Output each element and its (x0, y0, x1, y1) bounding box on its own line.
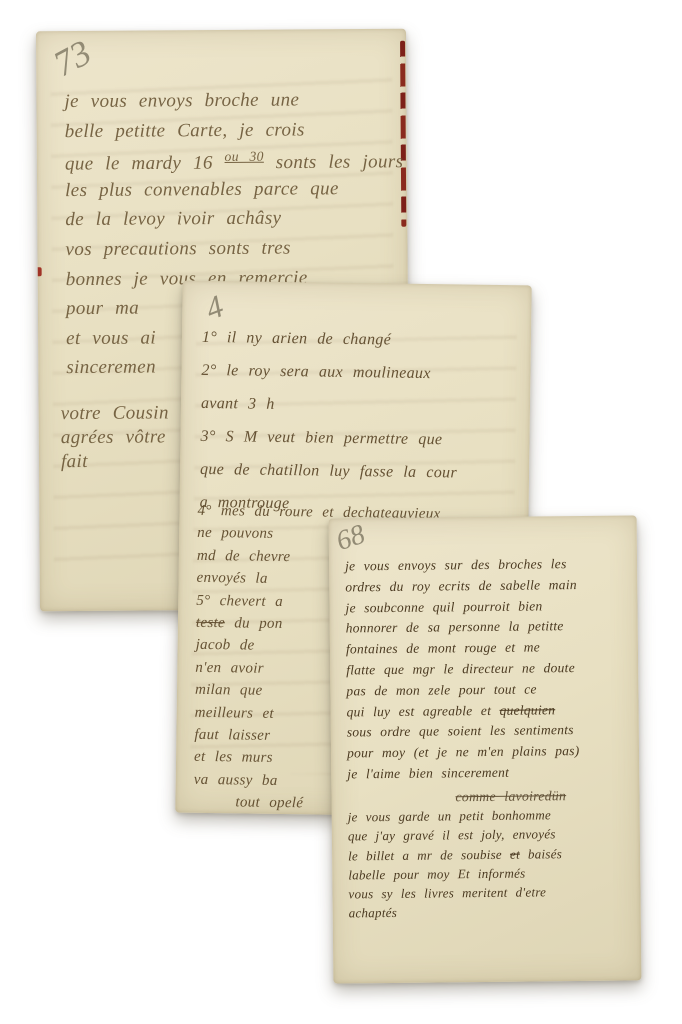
manuscript-word-span: je vous envoys sur des broches les (345, 556, 567, 573)
manuscript-word-span: fontaines de mont rouge et me (346, 640, 540, 657)
manuscript-postscript-block: comme lavoiredünje vous garde un petit b… (347, 788, 567, 925)
manuscript-line: pour moy (et je ne m'en plains pas) (347, 743, 580, 766)
manuscript-line: sous ordre que soient les sentiments (347, 722, 580, 745)
manuscript-word-span: je soubconne quil pourroit bien (345, 598, 542, 615)
manuscript-word-span: pour moy (et je ne m'en plains pas) (347, 743, 580, 760)
pencil-folio-number: 73 (46, 31, 98, 85)
pencil-folio-number: 4 (200, 287, 228, 327)
manuscript-line: que de chatillon luy fasse la cour (200, 461, 457, 498)
manuscript-line: labelle pour moy Et informés (348, 865, 567, 886)
manuscript-word-span: ne pouvons (197, 525, 273, 542)
manuscript-word-span: ordres du roy ecrits de sabelle main (345, 577, 577, 594)
manuscript-word-span: agrées vôtre (61, 426, 166, 448)
manuscript-word-span: 3° S M veut bien permettre que (200, 428, 442, 448)
manuscript-word-span: quelquien (499, 702, 555, 718)
manuscript-word-span: ou 30 (224, 149, 263, 164)
manuscript-line: les plus convenables parce que (65, 178, 404, 210)
manuscript-line: 1° il ny arien de changé (202, 329, 459, 366)
pencil-folio-number: 68 (332, 519, 369, 558)
manuscript-line: que le mardy 16 ou 30 sonts les jours (65, 148, 404, 180)
manuscript-line: agrées vôtre (61, 426, 169, 451)
manuscript-word-span: achaptés (349, 905, 397, 921)
manuscript-line: je vous envoys sur des broches les (345, 556, 578, 579)
manuscript-word-span: jacob de (196, 637, 255, 654)
manuscript-word-span: sonts les jours (264, 151, 404, 173)
manuscript-word-span: tout opelé (235, 794, 303, 811)
manuscript-word-span: envoyés la (196, 570, 267, 587)
manuscript-photo: 73 je vous envoys broche unebelle petitt… (0, 0, 682, 1024)
manuscript-line: belle petitte Carte, je crois (65, 118, 404, 150)
manuscript-word-span: 5° chevert a (196, 592, 283, 609)
manuscript-word-span: meilleurs et (195, 704, 274, 721)
manuscript-line: fontaines de mont rouge et me (346, 639, 579, 662)
manuscript-word-span: va aussy ba (194, 771, 278, 788)
manuscript-word-span: et les murs (194, 749, 273, 766)
manuscript-word-span: vous sy les livres meritent d'etre (348, 884, 546, 901)
manuscript-word-span: md de chevre (197, 548, 291, 565)
manuscript-word-span: flatte que mgr le directeur ne doute (346, 660, 575, 677)
manuscript-text-block: je vous envoys sur des broches lesordres… (345, 556, 580, 787)
manuscript-line: fait (61, 450, 169, 475)
manuscript-page-3: 68 je vous envoys sur des broches lesord… (329, 515, 642, 983)
manuscript-line: je vous envoys broche une (64, 89, 403, 121)
manuscript-line: de la levoy ivoir achâsy (65, 207, 404, 239)
manuscript-line: pas de mon zele pour tout ce (346, 681, 579, 704)
manuscript-word-span: belle petitte Carte, je crois (65, 119, 305, 142)
manuscript-word-span: de la levoy ivoir achâsy (65, 208, 281, 231)
manuscript-line: vos precautions sonts tres (65, 237, 404, 269)
manuscript-word-span: le billet a mr de soubise (348, 846, 510, 863)
manuscript-word-span: 1° il ny arien de changé (202, 329, 391, 349)
manuscript-word-span: 2° le roy sera aux moulineaux (201, 362, 430, 382)
manuscript-word-span: fait (61, 451, 88, 472)
manuscript-word-span: avant 3 h (201, 395, 275, 413)
manuscript-line: ordres du roy ecrits de sabelle main (345, 577, 578, 600)
manuscript-word-span: qui luy est agreable et (347, 702, 500, 719)
manuscript-word-span: je vous garde un petit bonhomme (348, 808, 551, 825)
manuscript-line: le billet a mr de soubise et baisés (348, 846, 567, 867)
manuscript-word-span: pour ma (66, 298, 139, 320)
manuscript-text-block: 1° il ny arien de changé2° le roy sera a… (199, 329, 459, 531)
manuscript-word-span: et vous ai (66, 327, 156, 349)
manuscript-word-span: teste (196, 615, 225, 631)
manuscript-line: 2° le roy sera aux moulineaux (201, 362, 458, 399)
manuscript-line: 3° S M veut bien permettre que (200, 428, 457, 465)
manuscript-word-span: je vous envoys broche une (64, 89, 299, 112)
manuscript-line: achaptés (349, 903, 568, 924)
manuscript-line: honnorer de sa personne la petitte (346, 618, 579, 641)
red-mark (38, 267, 42, 276)
manuscript-word-span: n'en avoir (195, 660, 264, 677)
manuscript-line: je soubconne quil pourroit bien (345, 598, 578, 621)
manuscript-word-span: du pon (225, 615, 283, 632)
manuscript-word-span: que j'ay gravé il est joly, envoyés (348, 827, 556, 844)
manuscript-word-span: sous ordre que soient les sentiments (347, 722, 574, 739)
manuscript-word-span: baisés (520, 846, 562, 861)
manuscript-word-span: pas de mon zele pour tout ce (346, 681, 537, 698)
manuscript-word-span: je l'aime bien sincerement (347, 765, 509, 782)
manuscript-line: avant 3 h (201, 395, 458, 432)
manuscript-word-span: honnorer de sa personne la petitte (346, 619, 564, 636)
manuscript-word-span: sinceremen (66, 357, 156, 379)
manuscript-word-span: votre Cousin (61, 402, 169, 424)
manuscript-word-span: que de chatillon luy fasse la cour (200, 461, 457, 482)
manuscript-word-span: comme lavoiredün (455, 788, 566, 804)
manuscript-line: flatte que mgr le directeur ne doute (346, 660, 579, 683)
manuscript-line: vous sy les livres meritent d'etre (348, 884, 567, 905)
manuscript-line: votre Cousin (61, 402, 169, 427)
manuscript-line: que j'ay gravé il est joly, envoyés (348, 827, 567, 848)
manuscript-line: je l'aime bien sincerement (347, 764, 580, 787)
manuscript-word-span: labelle pour moy Et informés (348, 865, 525, 882)
manuscript-word-span: milan que (195, 682, 263, 699)
manuscript-word-span: vos precautions sonts tres (65, 237, 290, 260)
manuscript-word-span: et (510, 846, 520, 861)
manuscript-word-span: que le mardy 16 (65, 153, 225, 175)
manuscript-word-span: faut laisser (194, 727, 270, 744)
manuscript-line: qui luy est agreable et quelquien (347, 702, 580, 725)
manuscript-word-span: les plus convenables parce que (65, 178, 339, 201)
manuscript-line: je vous garde un petit bonhomme (348, 807, 567, 828)
manuscript-line: comme lavoiredün (455, 788, 566, 808)
manuscript-closing-block: votre Cousinagrées vôtrefait (61, 402, 170, 475)
